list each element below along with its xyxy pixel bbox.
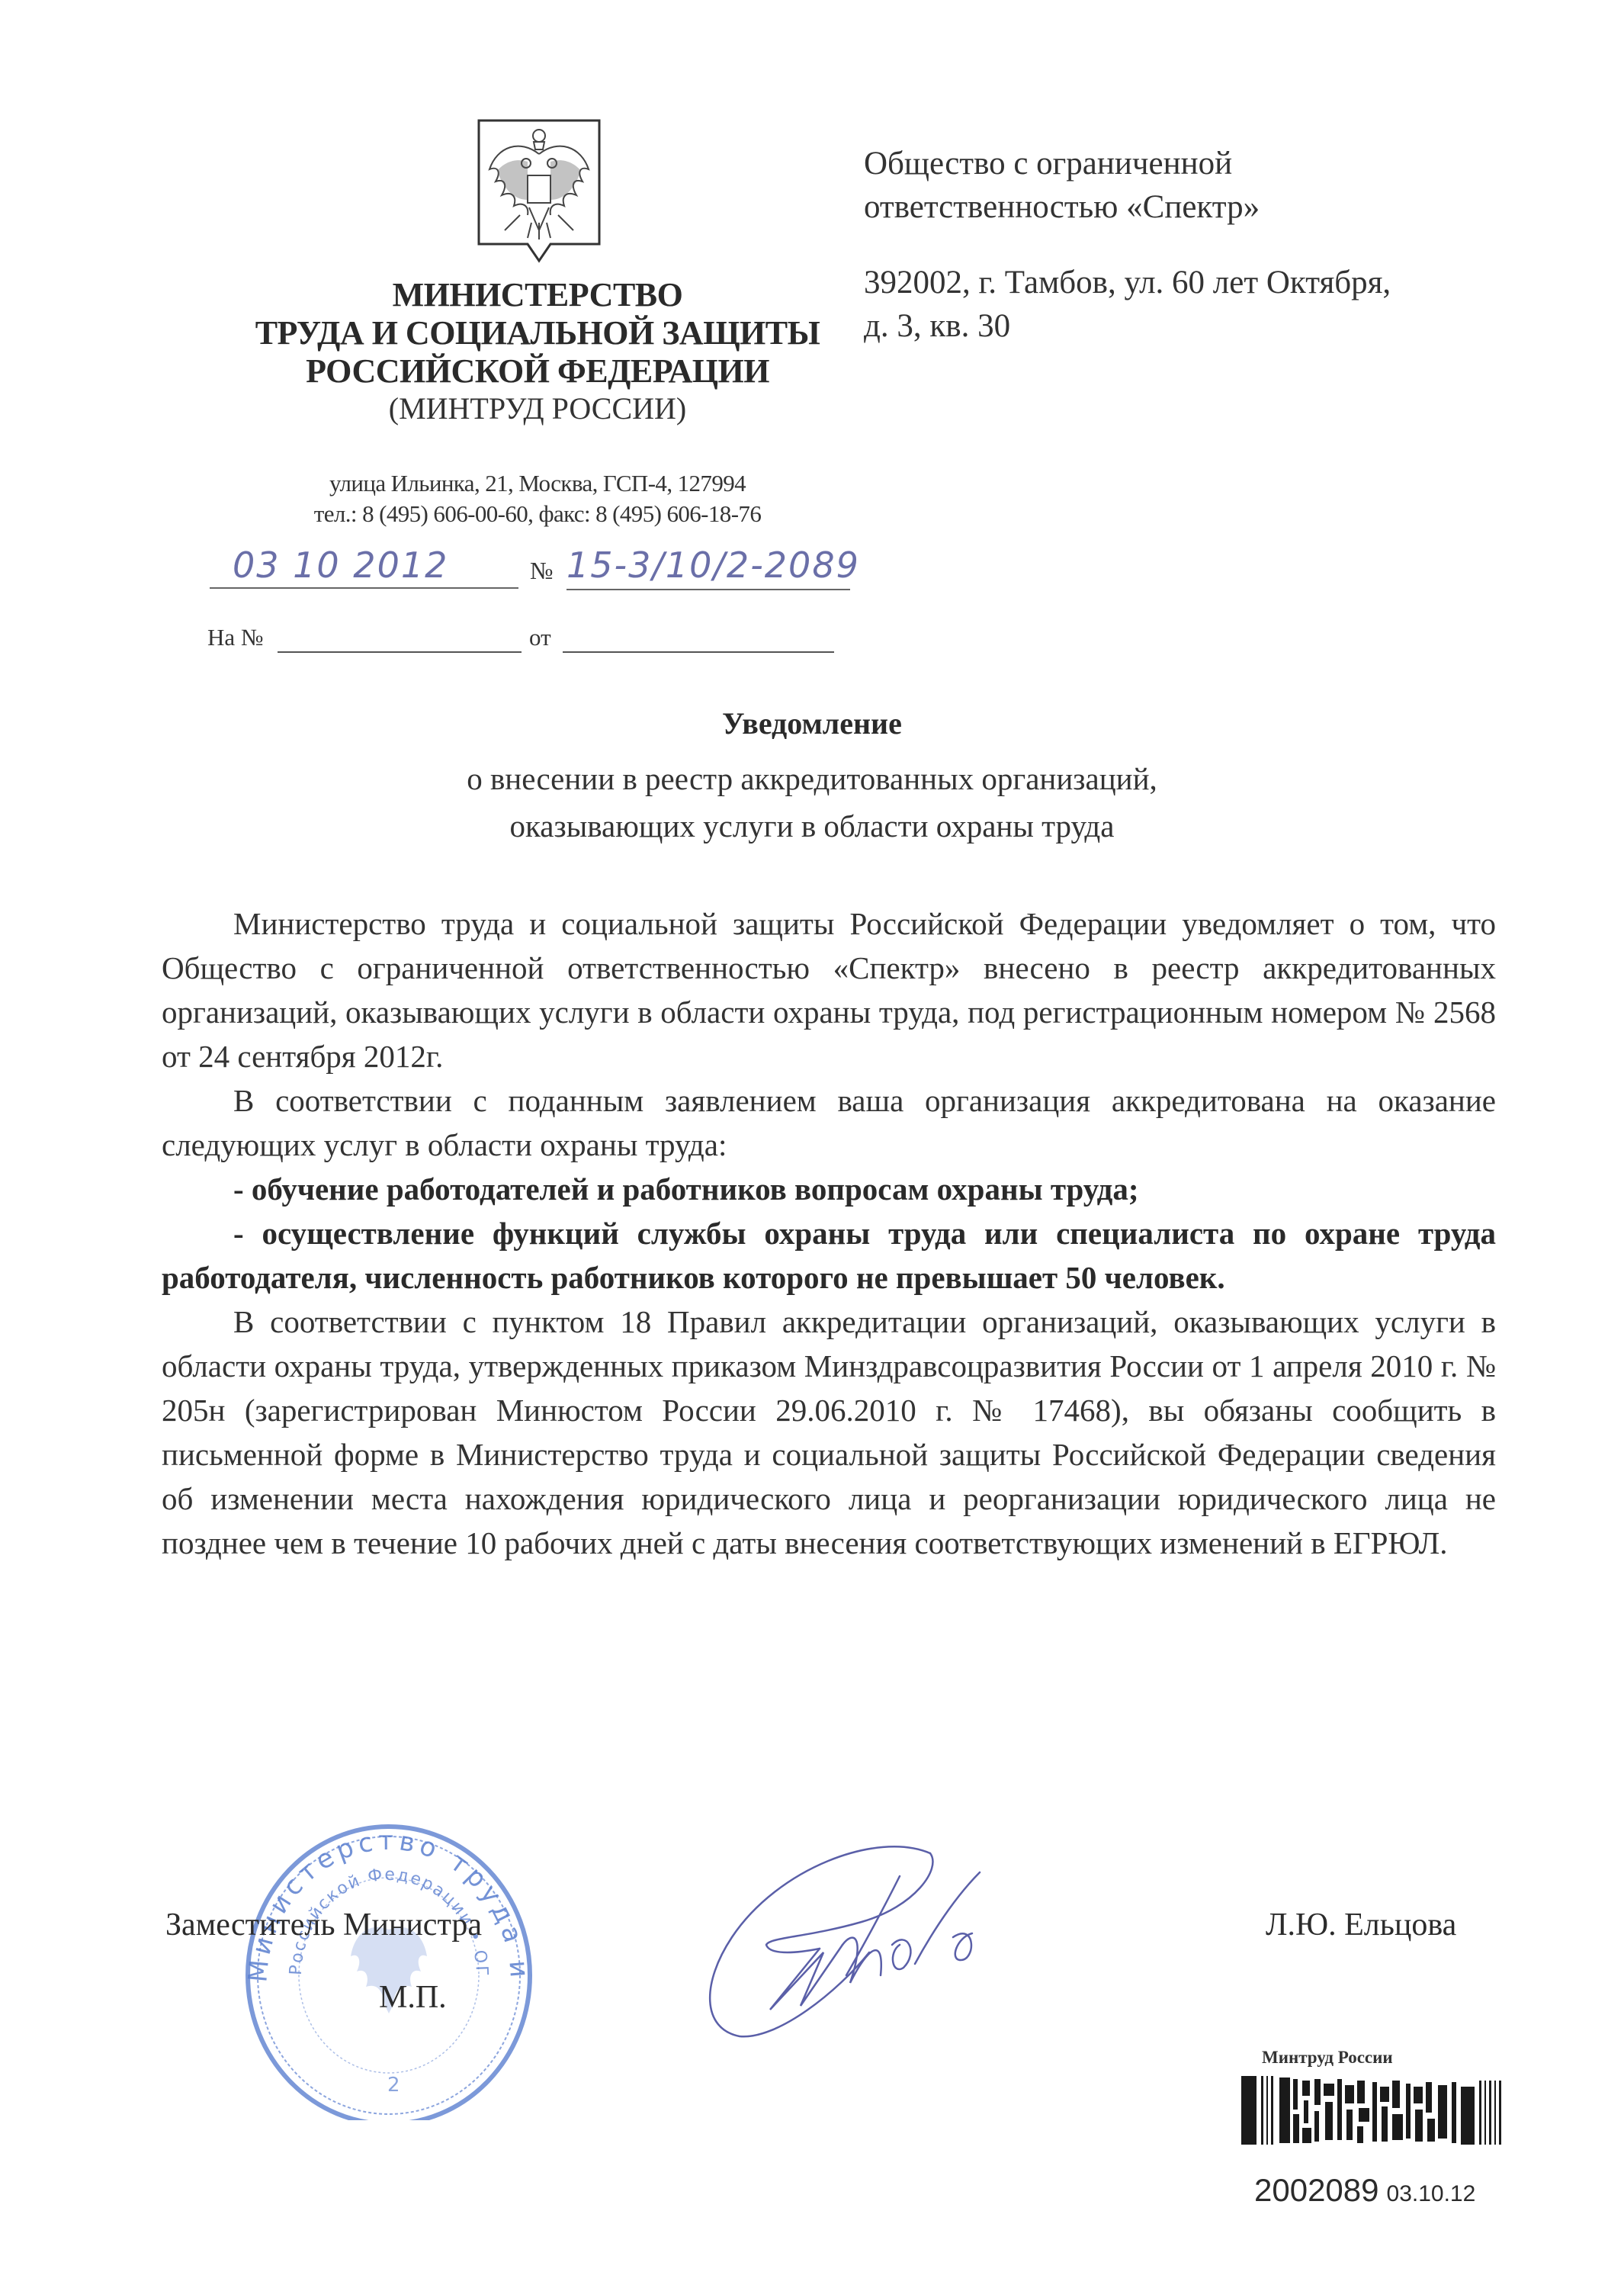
recipient-block: Общество с ограниченной ответственностью… [864, 142, 1550, 348]
body-paragraph: В соответствии с поданным заявлением ваш… [162, 1078, 1496, 1167]
barcode [1241, 2076, 1512, 2148]
reply-number-field [278, 618, 522, 653]
stamp-place-label: М.П. [379, 1979, 447, 2016]
signatory-position: Заместитель Министра [165, 1907, 482, 1943]
official-stamp: Министерство труда и социальной защиты Р… [221, 1815, 557, 2120]
recipient-name-line: ответственностью «Спектр» [864, 185, 1550, 229]
eagle-icon [474, 116, 604, 268]
stamp-seal-icon: Министерство труда и социальной защиты Р… [221, 1815, 557, 2120]
registration-number-value: 2002089 [1254, 2172, 1379, 2208]
outgoing-date-field: 03 10 2012 [210, 543, 518, 589]
ministry-name-line: РОССИЙСКОЙ ФЕДЕРАЦИИ [229, 352, 846, 390]
recipient-address-line: д. 3, кв. 30 [864, 304, 1550, 348]
registration-org: Минтруд России [1262, 2048, 1393, 2068]
recipient-name-line: Общество с ограниченной [864, 142, 1550, 185]
barcode-icon [1241, 2076, 1512, 2148]
notice-subtitle: о внесении в реестр аккредитованных орга… [229, 755, 1395, 850]
stamp-number: 2 [387, 2074, 400, 2097]
reply-date-label: от [529, 624, 551, 651]
service-item: - осуществление функций службы охраны тр… [162, 1211, 1496, 1300]
reply-date-field [563, 618, 834, 653]
ministry-name: МИНИСТЕРСТВО ТРУДА И СОЦИАЛЬНОЙ ЗАЩИТЫ Р… [229, 276, 846, 390]
notice-title: Уведомление [229, 705, 1395, 741]
registration-number: 200208903.10.12 [1254, 2172, 1475, 2209]
signer-name: Л.Ю. Ельцова [1266, 1907, 1456, 1943]
ministry-short-name: (МИНТРУД РОССИИ) [229, 390, 846, 427]
coat-of-arms-emblem [474, 116, 604, 268]
outgoing-reference: 03 10 2012 № 15-3/10/2-2089 [194, 543, 850, 596]
reply-number-label: На № [207, 624, 263, 651]
reply-to-reference: На № от [207, 618, 833, 656]
signature-icon [686, 1823, 1113, 2044]
ministry-address: улица Ильинка, 21, Москва, ГСП-4, 127994 [229, 468, 846, 499]
letter-body: Министерство труда и социальной защиты Р… [162, 901, 1496, 1565]
handwritten-signature [686, 1823, 1113, 2044]
notice-subtitle-line: о внесении в реестр аккредитованных орга… [229, 755, 1395, 802]
ministry-phones: тел.: 8 (495) 606-00-60, факс: 8 (495) 6… [229, 499, 846, 529]
notice-subtitle-line: оказывающих услуги в области охраны труд… [229, 802, 1395, 850]
ministry-name-line: ТРУДА И СОЦИАЛЬНОЙ ЗАЩИТЫ [229, 314, 846, 352]
recipient-address-line: 392002, г. Тамбов, ул. 60 лет Октября, [864, 261, 1550, 304]
ministry-name-line: МИНИСТЕРСТВО [229, 276, 846, 314]
body-paragraph: В соответствии с пунктом 18 Правил аккре… [162, 1300, 1496, 1565]
ministry-contacts: улица Ильинка, 21, Москва, ГСП-4, 127994… [229, 468, 846, 529]
service-item: - обучение работодателей и работников во… [162, 1167, 1496, 1211]
outgoing-number-label: № [530, 557, 554, 585]
body-paragraph: Министерство труда и социальной защиты Р… [162, 901, 1496, 1078]
outgoing-number-field: 15-3/10/2-2089 [566, 543, 850, 590]
registration-date: 03.10.12 [1387, 2181, 1476, 2206]
